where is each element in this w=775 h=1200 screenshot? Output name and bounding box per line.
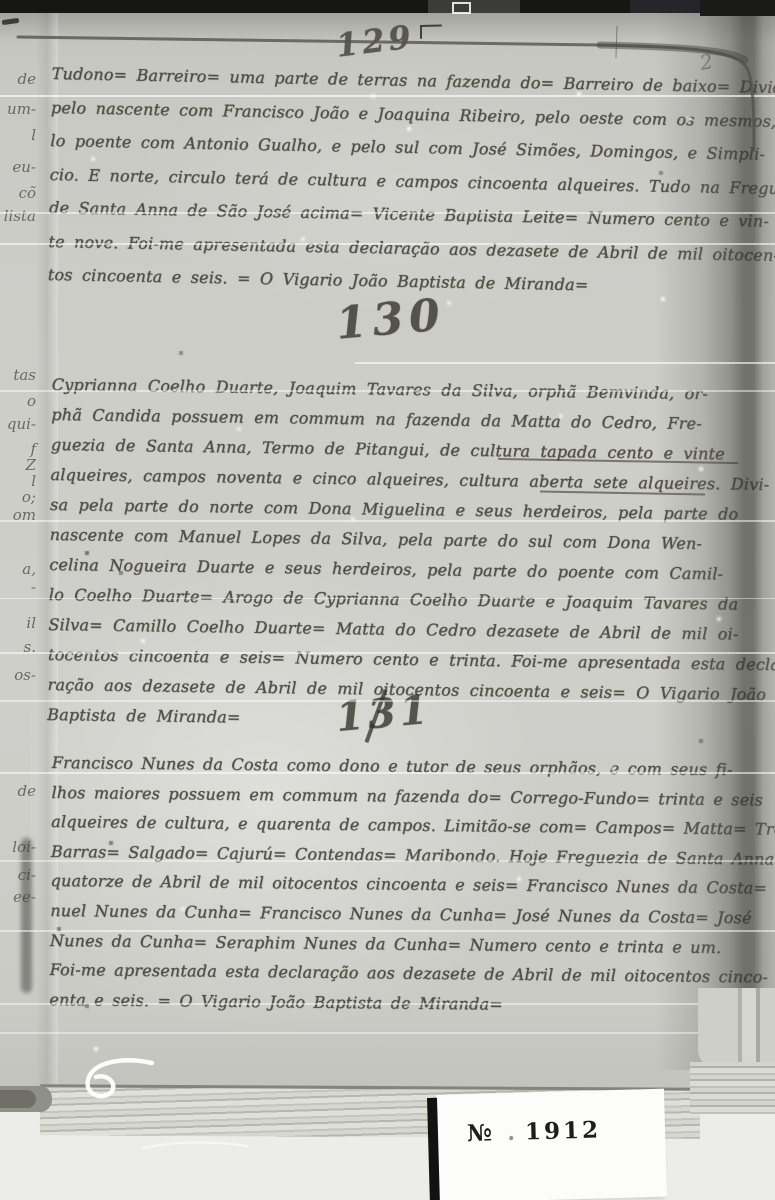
margin-fragment: os-: [0, 666, 36, 684]
entry-130-number: 130: [334, 289, 448, 349]
gutter-ink-smudge: [21, 838, 32, 993]
top-band-notch-mark: [452, 2, 471, 14]
register-page: 129 2 deum-leu-cõlistatasoqui-fZlo;oma,-…: [0, 0, 775, 1092]
photo-top-band-patch: [700, 0, 775, 16]
margin-fragment: o: [0, 392, 36, 410]
margin-fragment: tas: [0, 366, 36, 384]
margin-fragment: om: [0, 506, 36, 524]
entry-131-text: Francisco Nunes da Costa como dono e tut…: [49, 748, 752, 1022]
stamp-number: 1912: [525, 1116, 602, 1145]
margin-fragment: qui-: [0, 415, 36, 433]
margin-fragment: de: [0, 70, 36, 88]
margin-fragment: l: [0, 126, 36, 144]
stamp-number-prefix: №: [467, 1119, 494, 1147]
margin-fragment: eu-: [0, 158, 36, 176]
stamp-separator: .: [507, 1119, 517, 1146]
margin-fragment: il: [0, 614, 36, 632]
margin-fragment: um-: [0, 100, 36, 118]
margin-fragment: -: [0, 578, 36, 596]
archival-label: №.1912: [436, 1089, 667, 1200]
scanned-document-photo: 129 2 deum-leu-cõlistatasoqui-fZlo;oma,-…: [0, 0, 775, 1200]
paper-fold-line: [615, 26, 617, 58]
margin-fragment: o;: [0, 488, 36, 506]
page-corner-sheets: [698, 988, 775, 1068]
entry-129-text: Tudono= Barreiro= uma parte de terras na…: [47, 57, 751, 305]
book-bottom-shadow: [0, 1090, 36, 1108]
entry-130-text: Cyprianna Coelho Duarte, Joaquim Tavares…: [47, 370, 752, 740]
folio-number: 129: [334, 17, 417, 64]
white-scratch: [143, 1143, 247, 1149]
margin-fragment: de: [0, 782, 36, 800]
photo-top-band-patch: [630, 0, 700, 13]
margin-fragment: ci-: [0, 866, 36, 884]
margin-fragment: loi-: [0, 838, 36, 856]
margin-fragment: cõ: [0, 184, 36, 202]
book-bottom-edges: [690, 1062, 775, 1114]
margin-fragment: a,: [0, 560, 36, 578]
margin-fragment: s.: [0, 638, 36, 656]
margin-fragment: lista: [0, 207, 36, 225]
photo-top-band-patch: [428, 0, 520, 13]
margin-fragment: ee-: [0, 888, 36, 906]
stamp-number-row: №.1912: [436, 1089, 665, 1148]
